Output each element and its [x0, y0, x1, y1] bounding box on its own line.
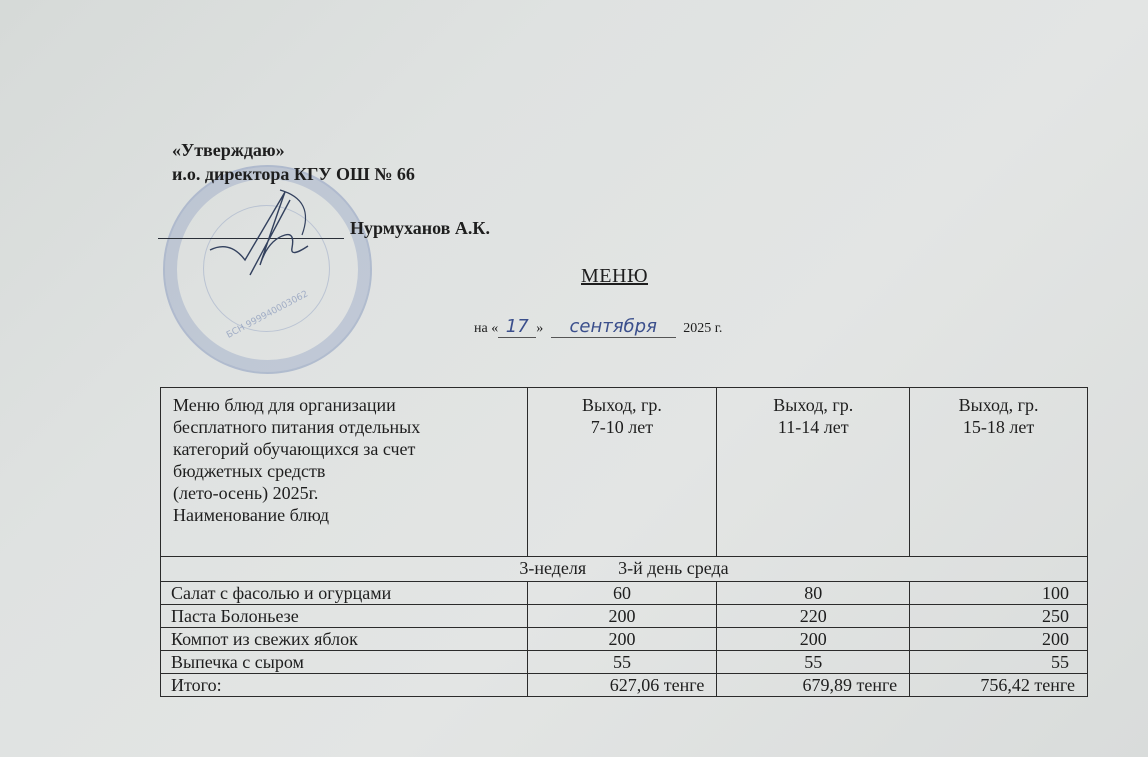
table-row: Салат с фасолью и огурцами 60 80 100: [161, 582, 1088, 605]
total-7-10: 627,06 тенге: [527, 674, 717, 697]
total-15-18: 756,42 тенге: [910, 674, 1088, 697]
header-age-range: 15-18 лет: [920, 416, 1077, 438]
portion-7-10: 55: [527, 651, 717, 674]
header-description: Меню блюд для организации бесплатного пи…: [161, 388, 528, 557]
approval-heading: «Утверждаю»: [172, 138, 415, 162]
header-age-range: 7-10 лет: [538, 416, 707, 438]
dish-name: Салат с фасолью и огурцами: [161, 582, 528, 605]
portion-7-10: 200: [527, 628, 717, 651]
total-label: Итого:: [161, 674, 528, 697]
signature-row: Нурмуханов А.К.: [158, 216, 490, 239]
approval-block: «Утверждаю» и.о. директора КГУ ОШ № 66: [172, 138, 415, 186]
header-line: бюджетных средств: [173, 460, 517, 482]
portion-15-18: 100: [910, 582, 1088, 605]
date-year: 2025 г.: [683, 321, 722, 336]
table-row: Компот из свежих яблок 200 200 200: [161, 628, 1088, 651]
week-day-cell: 3-неделя3-й день среда: [161, 557, 1088, 582]
round-seal-icon: БСН 999940003062: [163, 165, 372, 374]
day-label: 3-й день среда: [618, 558, 729, 578]
header-output-label: Выход, гр.: [920, 394, 1077, 416]
week-day-row: 3-неделя3-й день среда: [161, 557, 1088, 582]
portion-11-14: 80: [717, 582, 910, 605]
date-day: 17: [498, 316, 536, 338]
week-label: 3-неделя: [519, 558, 586, 578]
document-title: МЕНЮ: [581, 265, 648, 288]
header-age-11-14: Выход, гр. 11-14 лет: [717, 388, 910, 557]
header-line: Меню блюд для организации: [173, 394, 517, 416]
portion-11-14: 200: [717, 628, 910, 651]
portion-11-14: 220: [717, 605, 910, 628]
portion-15-18: 55: [910, 651, 1088, 674]
portion-11-14: 55: [717, 651, 910, 674]
header-line: бесплатного питания отдельных: [173, 416, 517, 438]
menu-table: Меню блюд для организации бесплатного пи…: [160, 387, 1088, 697]
header-output-label: Выход, гр.: [727, 394, 899, 416]
total-row: Итого: 627,06 тенге 679,89 тенге 756,42 …: [161, 674, 1088, 697]
header-output-label: Выход, гр.: [538, 394, 707, 416]
header-age-range: 11-14 лет: [727, 416, 899, 438]
header-line: категорий обучающихся за счет: [173, 438, 517, 460]
dish-name: Компот из свежих яблок: [161, 628, 528, 651]
seal-text: БСН 999940003062: [175, 262, 361, 367]
date-month: сентября: [551, 316, 676, 338]
dish-name: Выпечка с сыром: [161, 651, 528, 674]
menu-date: на «17» сентября 2025 г.: [474, 316, 722, 338]
table-row: Паста Болоньезе 200 220 250: [161, 605, 1088, 628]
header-line: (лето-осень) 2025г.: [173, 482, 517, 504]
total-11-14: 679,89 тенге: [717, 674, 910, 697]
approval-position: и.о. директора КГУ ОШ № 66: [172, 162, 415, 186]
header-age-15-18: Выход, гр. 15-18 лет: [910, 388, 1088, 557]
portion-15-18: 250: [910, 605, 1088, 628]
header-age-7-10: Выход, гр. 7-10 лет: [527, 388, 717, 557]
header-line: Наименование блюд: [173, 504, 517, 526]
portion-7-10: 60: [527, 582, 717, 605]
dish-name: Паста Болоньезе: [161, 605, 528, 628]
portion-7-10: 200: [527, 605, 717, 628]
signer-name: Нурмуханов А.К.: [350, 218, 490, 238]
table-row: Выпечка с сыром 55 55 55: [161, 651, 1088, 674]
table-header-row: Меню блюд для организации бесплатного пи…: [161, 388, 1088, 557]
portion-15-18: 200: [910, 628, 1088, 651]
date-separator: »: [536, 321, 543, 336]
signature-line: [158, 216, 344, 239]
date-prefix: на «: [474, 321, 498, 336]
